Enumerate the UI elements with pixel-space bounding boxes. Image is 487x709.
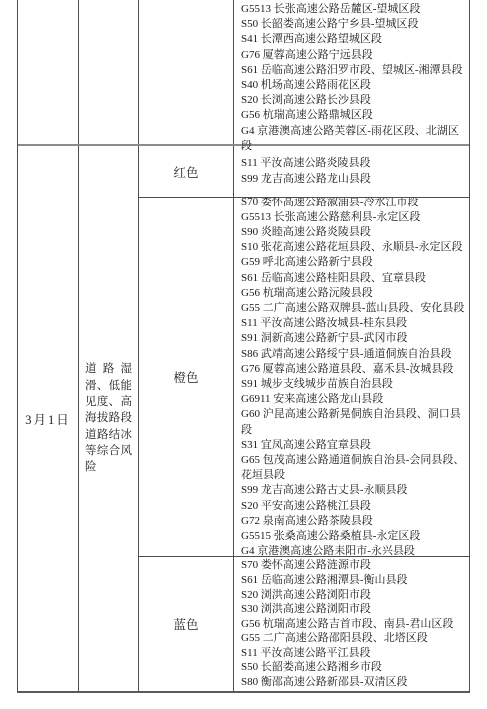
road-segment: S11 平汝高速公路平江县段 — [241, 646, 466, 661]
road-segment: S90 炎睦高速公路炎陵县段 — [241, 225, 466, 240]
risk-description: 道路湿滑、低能见度、高海拔路段道路结冰等综合风险 — [79, 361, 138, 475]
road-segment: S80 衡邵高速公路新邵县-双清区段 — [241, 675, 466, 690]
road-segment: S61 岳临高速公路湘潭县-衡山县段 — [241, 573, 466, 588]
level-row-red: 红色 S11 平汝高速公路炎陵县段S99 龙吉高速公路龙山县段 — [139, 146, 469, 198]
road-segment: G5513 长张高速公路慈利县-永定区段 — [241, 210, 466, 225]
level-label-red: 红色 — [139, 146, 234, 197]
road-list-red: S11 平汝高速公路炎陵县段S99 龙吉高速公路龙山县段 — [234, 146, 469, 197]
road-segment: S61 岳临高速公路汨罗市段、望城区-湘潭县段 — [241, 63, 466, 78]
road-segment: G65 包茂高速公路通道侗族自治县-会同县段、花垣县段 — [241, 453, 466, 483]
road-segment: S11 平汝高速公路炎陵县段 — [241, 156, 466, 171]
road-segment: G60 沪昆高速公路新晃侗族自治县段、洞口县段 — [241, 407, 466, 437]
road-segment: S91 城步支线城步苗族自治县段 — [241, 377, 466, 392]
risk-bulletin-table: G5513 长张高速公路岳麓区-望城区段S50 长韶娄高速公路宁乡县-望城区段S… — [17, 0, 470, 693]
road-list-blue: S70 娄怀高速公路涟源市段S61 岳临高速公路湘潭县-衡山县段S20 浏洪高速… — [234, 557, 469, 691]
road-segment: S99 龙吉高速公路龙山县段 — [241, 172, 466, 187]
road-segment: G56 杭瑞高速公路沅陵县段 — [241, 286, 466, 301]
road-segment: S40 机场高速公路雨花区段 — [241, 78, 466, 93]
road-list-orange: S70 娄怀高速公路溆浦县-冷水江市段G5513 长张高速公路慈利县-永定区段S… — [234, 198, 469, 556]
road-segment: S86 武靖高速公路绥宁县-通道侗族自治县段 — [241, 347, 466, 362]
road-segment: S50 长韶娄高速公路湘乡市段 — [241, 660, 466, 675]
road-segment: S20 浏洪高速公路浏阳市段 — [241, 588, 466, 603]
road-segment: S10 张花高速公路花垣县段、永顺县-永定区段 — [241, 240, 466, 255]
level-row-blue: 蓝色 S70 娄怀高速公路涟源市段S61 岳临高速公路湘潭县-衡山县段S20 浏… — [139, 557, 469, 691]
road-segment: G59 呼北高速公路新宁县段 — [241, 255, 466, 270]
road-segment: G5515 张桑高速公路桑植县-永定区段 — [241, 529, 466, 544]
road-segment: G55 二广高速公路双牌县-蓝山县段、安化县段 — [241, 301, 466, 316]
road-segment: S50 长韶娄高速公路宁乡县-望城区段 — [241, 17, 466, 32]
road-segment: S20 长浏高速公路长沙县段 — [241, 93, 466, 108]
road-segment: S41 长潭西高速公路望城区段 — [241, 32, 466, 47]
road-segment: S70 娄怀高速公路涟源市段 — [241, 558, 466, 573]
level-row-orange: 橙色 S70 娄怀高速公路溆浦县-冷水江市段G5513 长张高速公路慈利县-永定… — [139, 198, 469, 557]
previous-date-row: G5513 长张高速公路岳麓区-望城区段S50 长韶娄高速公路宁乡县-望城区段S… — [18, 0, 469, 146]
date-label: 3月1日 — [25, 410, 71, 428]
road-segment: S99 龙吉高速公路古丈县-永顺县段 — [241, 483, 466, 498]
road-segment: G76 厦蓉高速公路宁远县段 — [241, 48, 466, 63]
road-segment: G56 杭瑞高速公路鼎城区段 — [241, 108, 466, 123]
road-segment: S31 宜凤高速公路宜章县段 — [241, 438, 466, 453]
previous-road-list: G5513 长张高速公路岳麓区-望城区段S50 长韶娄高速公路宁乡县-望城区段S… — [234, 0, 469, 156]
road-segment: S61 岳临高速公路桂阳县段、宜章县段 — [241, 271, 466, 286]
previous-date-cell — [18, 0, 79, 144]
road-segment: S20 平安高速公路桃江县段 — [241, 499, 466, 514]
warning-levels: 红色 S11 平汝高速公路炎陵县段S99 龙吉高速公路龙山县段 橙色 S70 娄… — [139, 146, 469, 691]
road-segment: G55 二广高速公路邵阳县段、北塔区段 — [241, 631, 466, 646]
level-label-blue: 蓝色 — [139, 557, 234, 691]
road-segment: S11 平汝高速公路汝城县-桂东县段 — [241, 316, 466, 331]
road-segment: G72 泉南高速公路茶陵县段 — [241, 514, 466, 529]
road-segment: G76 厦蓉高速公路道县段、嘉禾县-汝城县段 — [241, 362, 466, 377]
level-label-orange: 橙色 — [139, 198, 234, 556]
road-segment: G5513 长张高速公路岳麓区-望城区段 — [241, 2, 466, 17]
road-segment: S70 娄怀高速公路溆浦县-冷水江市段 — [241, 198, 466, 210]
previous-level-cell — [139, 0, 234, 144]
road-segment: G6911 安来高速公路龙山县段 — [241, 392, 466, 407]
previous-risk-cell — [79, 0, 139, 144]
road-segment: S91 洞新高速公路新宁县-武冈市段 — [241, 331, 466, 346]
road-segment: G56 杭瑞高速公路吉首市段、南县-君山区段 — [241, 617, 466, 632]
date-row-march-1: 3月1日 道路湿滑、低能见度、高海拔路段道路结冰等综合风险 红色 S11 平汝高… — [18, 146, 469, 691]
road-segment: G4 京港澳高速公路耒阳市-永兴县段 — [241, 544, 466, 556]
road-segment: S30 浏洪高速公路浏阳市段 — [241, 602, 466, 617]
